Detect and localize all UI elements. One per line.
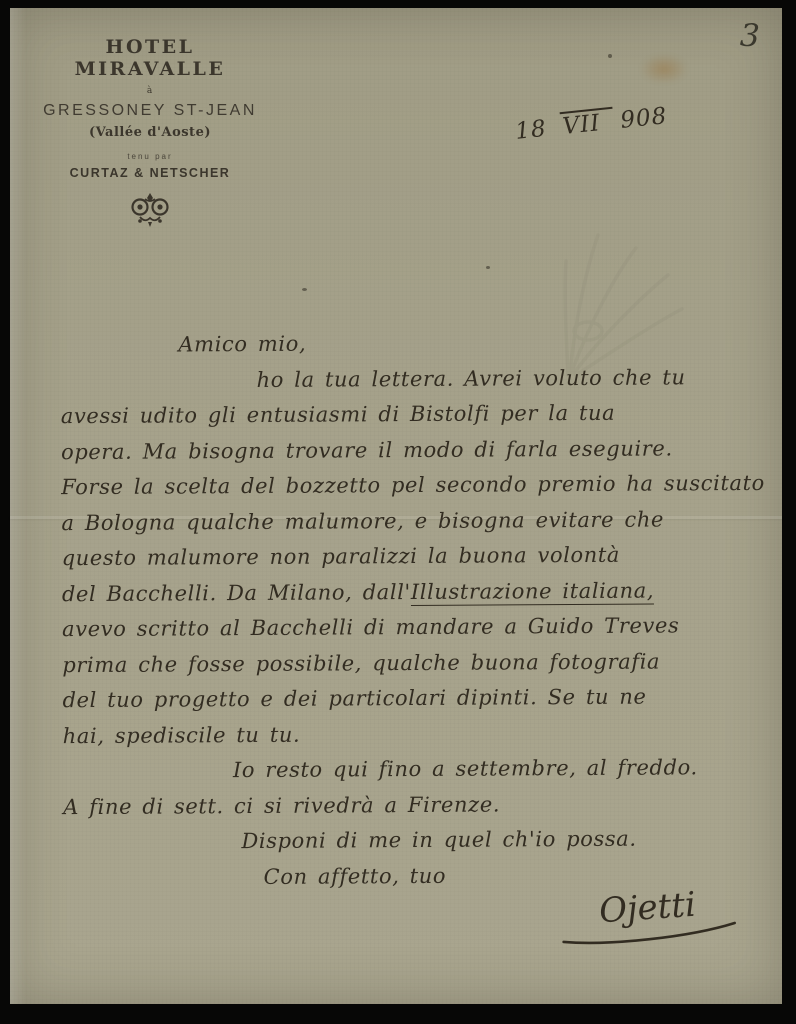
handwriting-line: Forse la scelta del bozzetto pel secondo…	[61, 466, 767, 506]
letterhead: HOTEL MIRAVALLE à GRESSONEY ST-JEAN (Val…	[28, 36, 272, 234]
date-day: 18	[514, 116, 548, 145]
handwriting-line: questo malumore non paralizzi la buona v…	[62, 537, 768, 577]
signature: Ojetti	[556, 882, 739, 950]
signature-name: Ojetti	[598, 885, 697, 932]
date-year: 908	[619, 103, 668, 134]
handwriting-line: hai, spediscile tu tu.	[63, 714, 769, 754]
handwriting-line: opera. Ma bisogna trovare il modo di far…	[61, 430, 767, 470]
letter-body: Amico mio, ho la tua lettera. Avrei volu…	[60, 324, 769, 896]
handwriting-line: Amico mio,	[60, 324, 766, 364]
managed-by-label: tenu par	[28, 152, 272, 161]
letter-page: HOTEL MIRAVALLE à GRESSONEY ST-JEAN (Val…	[10, 8, 782, 1004]
handwriting-line: avevo scritto al Bacchelli di mandare a …	[62, 608, 768, 648]
fleuron-ornament-icon	[28, 190, 272, 234]
handwriting-line: del tuo progetto e dei particolari dipin…	[62, 679, 768, 719]
handwriting-line: prima che fosse possibile, qualche buona…	[62, 643, 768, 683]
ink-speck	[608, 54, 612, 58]
handwriting-line: ho la tua lettera. Avrei voluto che tu	[60, 359, 766, 399]
hotel-name: HOTEL MIRAVALLE	[28, 36, 272, 80]
letterhead-at: à	[28, 86, 272, 96]
hotel-town: GRESSONEY ST-JEAN	[28, 102, 272, 120]
handwriting-line: A fine di sett. ci si rivedrà a Firenze.	[63, 785, 769, 825]
ink-speck	[302, 288, 307, 291]
letter-date: 18 VII 908	[514, 103, 668, 145]
line-text: del Bacchelli. Da Milano, dall'	[62, 580, 411, 606]
underlined-journal-name: Illustrazione italiana,	[411, 578, 654, 605]
handwriting-line: Io resto qui fino a settembre, al freddo…	[63, 750, 769, 790]
hotel-region: (Vallée d'Aoste)	[28, 125, 272, 140]
handwriting-line: a Bologna qualche malumore, e bisogna ev…	[61, 501, 767, 541]
page-number: 3	[739, 18, 760, 55]
handwriting-line: del Bacchelli. Da Milano, dall'Illustraz…	[62, 572, 768, 612]
paper-stain	[640, 54, 688, 84]
managers-names: CURTAZ & NETSCHER	[28, 166, 272, 180]
date-month: VII	[559, 107, 615, 140]
scanned-letter-image: HOTEL MIRAVALLE à GRESSONEY ST-JEAN (Val…	[0, 0, 796, 1024]
ink-speck	[486, 266, 490, 269]
handwriting-line: Disponi di me in quel ch'io possa.	[63, 821, 769, 861]
handwriting-line: avessi udito gli entusiasmi di Bistolfi …	[61, 395, 767, 435]
